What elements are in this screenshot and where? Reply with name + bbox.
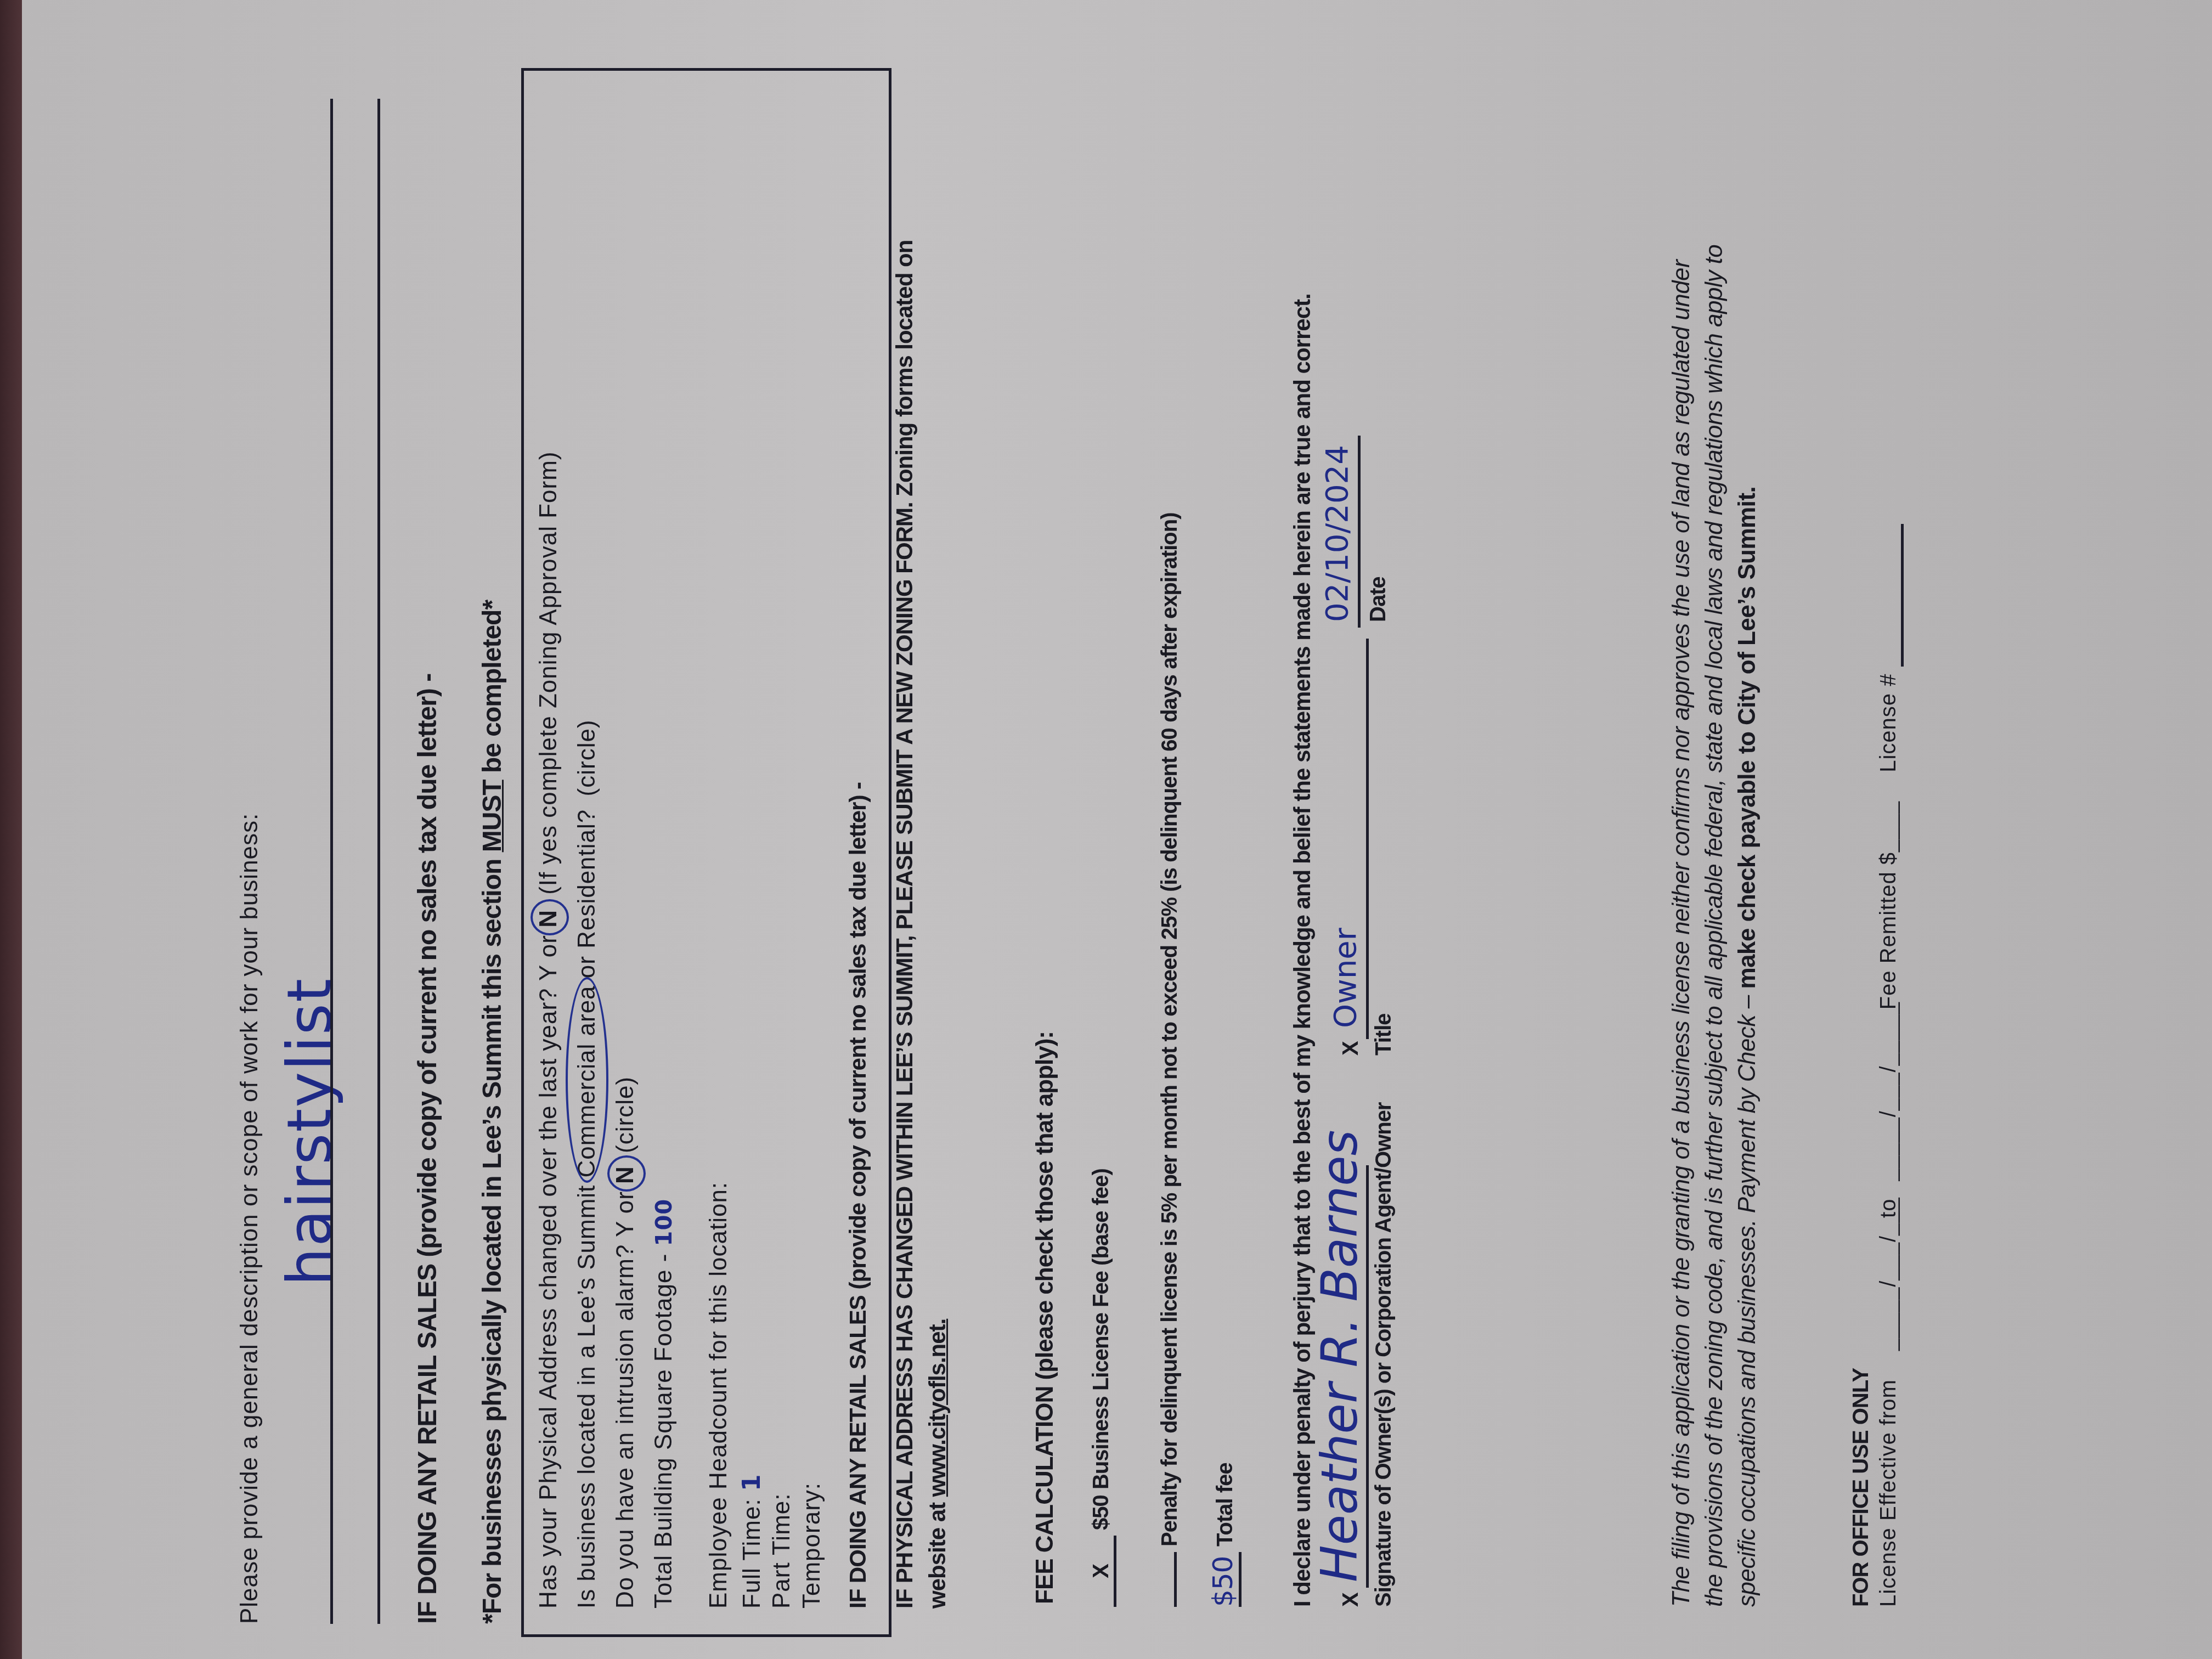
- temporary-label: Temporary:: [798, 1482, 825, 1609]
- website-prefix: website at: [924, 1497, 950, 1609]
- square-footage: Total Building Square Footage - 100: [650, 1199, 678, 1609]
- description-value[interactable]: hairstylist: [274, 978, 345, 1286]
- effective-from-label: License Effective from: [1876, 1379, 1900, 1607]
- retail-sales-notice-2: IF DOING ANY RETAIL SALES (provide copy …: [845, 782, 871, 1609]
- part-time-row: Part Time:: [768, 1493, 795, 1609]
- description-line-2: [377, 99, 380, 1624]
- office-use-heading: FOR OFFICE USE ONLY: [1849, 1368, 1874, 1607]
- fee-item-base: X $50 Business License Fee (base fee): [1089, 1169, 1116, 1607]
- square-footage-value[interactable]: 100: [652, 1199, 677, 1246]
- signature-line: [1366, 1165, 1369, 1588]
- q-business-area: Is business located in a Lee’s Summit Co…: [573, 719, 601, 1609]
- full-time-row: Full Time: 1: [738, 1474, 766, 1609]
- q-address-changed: Has your Physical Address changed over t…: [535, 452, 562, 1609]
- q-alarm-note: (circle): [612, 1076, 639, 1153]
- headcount-label: Employee Headcount for this location:: [705, 1182, 732, 1609]
- date-sep: /: [1319, 523, 1355, 534]
- date-month: 02: [1319, 583, 1355, 622]
- fee-remitted-field[interactable]: ____: [1876, 801, 1900, 852]
- fee-remitted-label: Fee Remitted $: [1876, 852, 1900, 1009]
- fee-calculation-heading: FEE CALCULATION (please check those that…: [1031, 1031, 1059, 1604]
- disclaimer-line-3: specific occupations and businesses. Pay…: [1734, 487, 1761, 1607]
- license-number-field[interactable]: [1876, 524, 1904, 667]
- full-time-label: Full Time:: [738, 1498, 765, 1609]
- answer-circle: [607, 1155, 646, 1192]
- square-footage-label: Total Building Square Footage -: [650, 1254, 677, 1609]
- signature-value[interactable]: Heather R. Barnes: [1311, 1130, 1369, 1582]
- total-fee-value[interactable]: $50: [1207, 1552, 1242, 1607]
- date-day: 10: [1319, 534, 1355, 573]
- effective-from-field[interactable]: _____/___/___: [1876, 1224, 1901, 1351]
- heading-text: *For businesses physically located in Le…: [478, 852, 507, 1624]
- signature-label: Signature of Owner(s) or Corporation Age…: [1372, 1103, 1396, 1607]
- total-fee-label: Total fee: [1213, 1463, 1237, 1547]
- description-line-1: [330, 99, 333, 1624]
- answer-circle: [531, 899, 569, 935]
- total-fee-row: $50 Total fee: [1207, 1463, 1242, 1607]
- penalty-check[interactable]: [1152, 1552, 1177, 1607]
- signature-x: X: [1339, 1593, 1363, 1607]
- website-line: website at www.cityofls.net.: [924, 1319, 951, 1609]
- q-area-label: Is business located in a Lee’s Summit: [573, 1185, 600, 1609]
- temporary-row: Temporary:: [798, 1482, 826, 1609]
- office-use-row: License Effective from _____/___/___ to …: [1876, 524, 1904, 1607]
- heading-must: MUST: [478, 780, 507, 852]
- q-alarm-answer[interactable]: N: [612, 1166, 639, 1184]
- license-number-label: License #: [1876, 674, 1900, 772]
- base-fee-label: $50 Business License Fee (base fee): [1089, 1169, 1113, 1530]
- q-address-note: (If yes complete Zoning Approval Form): [535, 452, 562, 895]
- address-changed-notice: IF PHYSICAL ADDRESS HAS CHANGED WITHIN L…: [891, 240, 918, 1609]
- option-residential[interactable]: or Residential?: [573, 809, 600, 979]
- q-area-note: (circle): [573, 719, 600, 796]
- check-payable-note: make check payable to City of Lee’s Summ…: [1734, 487, 1760, 989]
- to-label: to: [1876, 1199, 1900, 1218]
- heading-text-end: be completed*: [478, 600, 507, 780]
- date-line: [1358, 436, 1361, 628]
- title-x: X: [1339, 1041, 1363, 1056]
- title-line: [1366, 639, 1369, 1039]
- retail-sales-notice-1: IF DOING ANY RETAIL SALES (provide copy …: [413, 674, 443, 1624]
- q-alarm-label: Do you have an intrusion alarm? Y or: [612, 1191, 639, 1609]
- fee-item-penalty: Penalty for delinquent license is 5% per…: [1152, 513, 1182, 1607]
- effective-to-field[interactable]: _____/___/_____: [1876, 1027, 1901, 1181]
- disclaimer-line-1: The filing of this application or the gr…: [1668, 260, 1695, 1607]
- date-year: 2024: [1319, 445, 1355, 523]
- base-fee-check[interactable]: X: [1089, 1536, 1116, 1607]
- business-license-form: Please provide a general description or …: [0, 0, 2189, 1659]
- description-prompt: Please provide a general description or …: [236, 813, 263, 1624]
- disclaimer-line-2: the provisions of the zoning code, and i…: [1701, 245, 1728, 1607]
- date-sep: /: [1319, 573, 1355, 583]
- commercial-circle: [566, 977, 608, 1183]
- date-value[interactable]: 02/10/2024: [1319, 445, 1355, 622]
- q-address-answer[interactable]: N: [535, 910, 562, 928]
- part-time-label: Part Time:: [768, 1493, 795, 1609]
- date-label: Date: [1366, 577, 1391, 622]
- title-label: Title: [1372, 1013, 1396, 1056]
- title-value[interactable]: Owner: [1328, 928, 1363, 1028]
- q-intrusion-alarm: Do you have an intrusion alarm? Y or N (…: [612, 1076, 639, 1609]
- q-address-label: Has your Physical Address changed over t…: [535, 935, 562, 1609]
- disclaimer-line-3-text: specific occupations and businesses. Pay…: [1734, 989, 1760, 1607]
- city-website-link[interactable]: www.cityofls.net.: [924, 1319, 950, 1497]
- lees-summit-heading: *For businesses physically located in Le…: [477, 600, 507, 1624]
- penalty-label: Penalty for delinquent license is 5% per…: [1158, 513, 1182, 1547]
- q-area-commercial[interactable]: Commercial area: [573, 985, 600, 1177]
- full-time-value[interactable]: 1: [738, 1474, 766, 1491]
